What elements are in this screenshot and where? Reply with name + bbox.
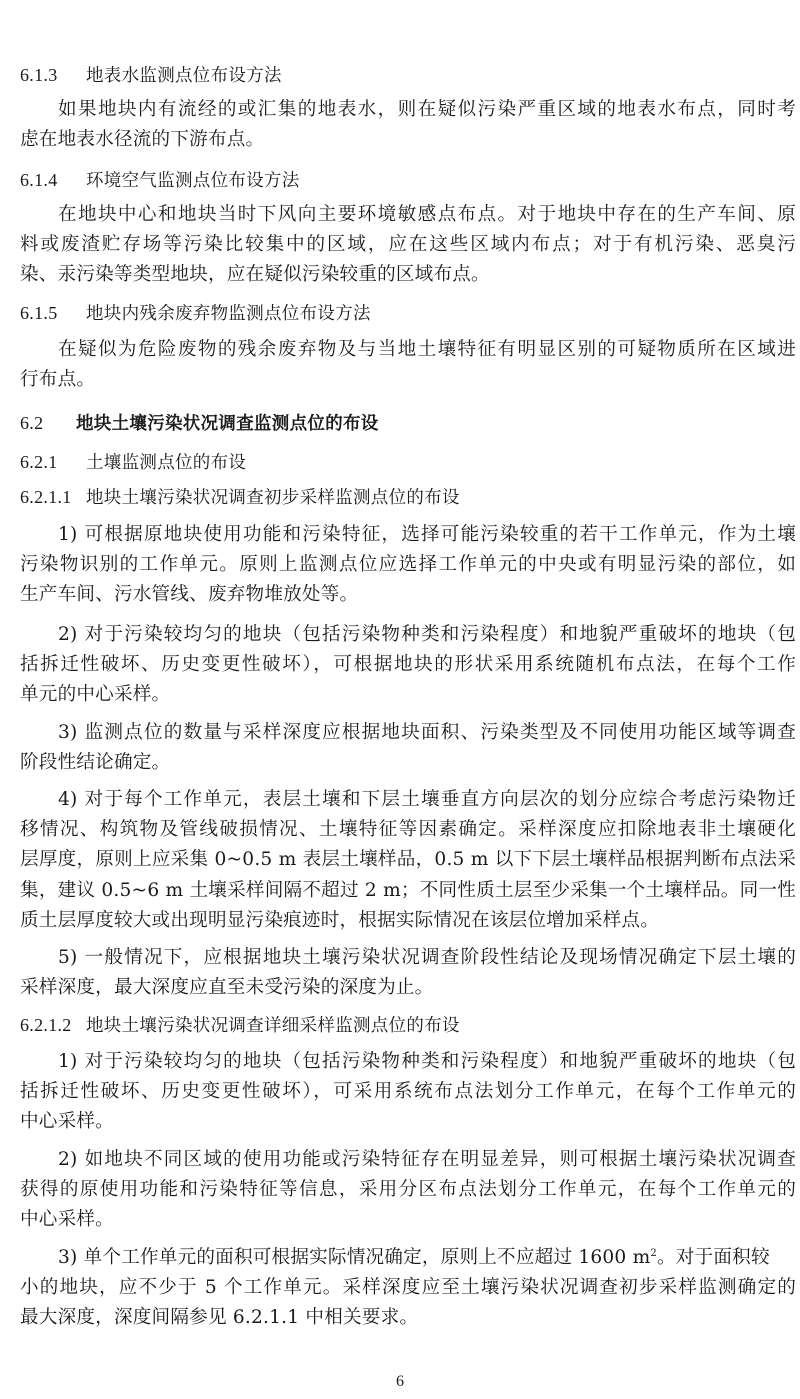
text-line: 4) 对于每个工作单元，表层土壤和下层土壤垂直方向层次的划分应综合考虑污染物迁: [20, 785, 796, 815]
text-line: 采样深度，最大深度应直至未受污染的深度为止。: [20, 973, 796, 1003]
section-number: 6.2.1.2: [20, 1010, 86, 1040]
text-line: 2) 如地块不同区域的使用功能或污染特征存在明显差异，则可根据土壤污染状况调查: [20, 1145, 796, 1175]
text-line: 获得的原使用功能和污染特征等信息，采用分区布点法划分工作单元，在每个工作单元的: [20, 1175, 796, 1205]
text-line: 5) 一般情况下，应根据地块土壤污染状况调查阶段性结论及现场情况确定下层土壤的: [20, 943, 796, 973]
heading-6-2: 6.2地块土壤污染状况调查监测点位的布设: [20, 408, 796, 439]
section-title: 地块土壤污染状况调查详细采样监测点位的布设: [86, 1016, 460, 1036]
item-6-2-1-1-5: 5) 一般情况下，应根据地块土壤污染状况调查阶段性结论及现场情况确定下层土壤的 …: [20, 943, 796, 1003]
text-line: 1) 对于污染较均匀的地块（包括污染物种类和污染程度）和地貌严重破坏的地块（包: [20, 1047, 796, 1077]
text-line: 层厚度，原则上应采集 0~0.5 m 表层土壤样品，0.5 m 以下下层土壤样品…: [20, 845, 796, 875]
heading-6-2-1: 6.2.1土壤监测点位的布设: [20, 447, 796, 478]
text-line: 括拆迁性破坏、历史变更性破坏），可根据地块的形状采用系统随机布点法，在每个工作: [20, 650, 796, 680]
text-line: 料或废渣贮存场等污染比较集中的区域，应在这些区域内布点；对于有机污染、恶臭污: [20, 230, 796, 260]
item-6-2-1-1-1: 1) 可根据原地块使用功能和污染特征，选择可能污染较重的若干工作单元，作为土壤 …: [20, 520, 796, 611]
section-title: 环境空气监测点位布设方法: [86, 171, 300, 191]
section-number: 6.1.5: [20, 298, 86, 328]
section-number: 6.2: [20, 408, 76, 438]
text-line: 虑在地表水径流的下游布点。: [20, 125, 796, 155]
page-number: 6: [0, 1373, 800, 1391]
text-line: 染、汞污染等类型地块，应在疑似污染较重的区域布点。: [20, 260, 796, 290]
heading-6-1-4: 6.1.4环境空气监测点位布设方法: [20, 165, 796, 196]
text-line: 单元的中心采样。: [20, 680, 796, 710]
section-title: 地块内残余废弃物监测点位布设方法: [86, 304, 371, 324]
text-line: 中心采样。: [20, 1205, 796, 1235]
text-line: 3) 监测点位的数量与采样深度应根据地块面积、污染类型及不同使用功能区域等调查: [20, 718, 796, 748]
text-line: 在地块中心和地块当时下风向主要环境敏感点布点。对于地块中存在的生产车间、原: [20, 200, 796, 230]
text-line: 生产车间、污水管线、废弃物堆放处等。: [20, 580, 796, 610]
text-line: 污染物识别的工作单元。原则上监测点位应选择工作单元的中央或有明显污染的部位，如: [20, 550, 796, 580]
text-line: 阶段性结论确定。: [20, 748, 796, 778]
text-line: 集，建议 0.5~6 m 土壤采样间隔不超过 2 m；不同性质土层至少采集一个土…: [20, 876, 796, 906]
document-page: 6.1.3地表水监测点位布设方法 如果地块内有流经的或汇集的地表水，则在疑似污染…: [0, 0, 800, 1399]
text-line: 2) 对于污染较均匀的地块（包括污染物种类和污染程度）和地貌严重破坏的地块（包: [20, 620, 796, 650]
heading-6-1-3: 6.1.3地表水监测点位布设方法: [20, 60, 796, 91]
paragraph-6-1-5: 在疑似为危险废物的残余废弃物及与当地土壤特征有明显区别的可疑物质所在区域进 行布…: [20, 335, 796, 395]
paragraph-6-1-4: 在地块中心和地块当时下风向主要环境敏感点布点。对于地块中存在的生产车间、原 料或…: [20, 200, 796, 291]
section-title: 地块土壤污染状况调查监测点位的布设: [76, 414, 379, 434]
text-line: 1) 可根据原地块使用功能和污染特征，选择可能污染较重的若干工作单元，作为土壤: [20, 520, 796, 550]
text-line: 括拆迁性破坏、历史变更性破坏），可采用系统布点法划分工作单元，在每个工作单元的: [20, 1077, 796, 1107]
text-segment: 。对于面积较: [657, 1247, 770, 1268]
item-6-2-1-2-3: 3) 单个工作单元的面积可根据实际情况确定，原则上不应超过 1600 m2。对于…: [20, 1243, 796, 1334]
text-line: 移情况、构筑物及管线破损情况、土壤特征等因素确定。采样深度应扣除地表非土壤硬化: [20, 815, 796, 845]
section-number: 6.2.1: [20, 447, 86, 477]
section-number: 6.1.3: [20, 60, 86, 90]
text-line: 行布点。: [20, 365, 796, 395]
section-number: 6.1.4: [20, 165, 86, 195]
heading-6-2-1-1: 6.2.1.1地块土壤污染状况调查初步采样监测点位的布设: [20, 482, 796, 513]
item-6-2-1-1-3: 3) 监测点位的数量与采样深度应根据地块面积、污染类型及不同使用功能区域等调查 …: [20, 718, 796, 778]
text-line: 3) 单个工作单元的面积可根据实际情况确定，原则上不应超过 1600 m2。对于…: [20, 1243, 796, 1273]
section-number: 6.2.1.1: [20, 482, 86, 512]
text-line: 小的地块，应不少于 5 个工作单元。采样深度应至土壤污染状况调查初步采样监测确定…: [20, 1273, 796, 1303]
text-segment: 3) 单个工作单元的面积可根据实际情况确定，原则上不应超过 1600 m: [58, 1247, 650, 1268]
text-line: 质土层厚度较大或出现明显污染痕迹时，根据实际情况在该层位增加采样点。: [20, 906, 796, 936]
section-title: 地表水监测点位布设方法: [86, 66, 282, 86]
heading-6-1-5: 6.1.5地块内残余废弃物监测点位布设方法: [20, 298, 796, 329]
section-title: 地块土壤污染状况调查初步采样监测点位的布设: [86, 488, 460, 508]
paragraph-6-1-3: 如果地块内有流经的或汇集的地表水，则在疑似污染严重区域的地表水布点，同时考 虑在…: [20, 95, 796, 155]
text-line: 中心采样。: [20, 1107, 796, 1137]
item-6-2-1-1-4: 4) 对于每个工作单元，表层土壤和下层土壤垂直方向层次的划分应综合考虑污染物迁 …: [20, 785, 796, 936]
text-line: 如果地块内有流经的或汇集的地表水，则在疑似污染严重区域的地表水布点，同时考: [20, 95, 796, 125]
item-6-2-1-2-1: 1) 对于污染较均匀的地块（包括污染物种类和污染程度）和地貌严重破坏的地块（包 …: [20, 1047, 796, 1138]
item-6-2-1-2-2: 2) 如地块不同区域的使用功能或污染特征存在明显差异，则可根据土壤污染状况调查 …: [20, 1145, 796, 1236]
section-title: 土壤监测点位的布设: [86, 453, 246, 473]
item-6-2-1-1-2: 2) 对于污染较均匀的地块（包括污染物种类和污染程度）和地貌严重破坏的地块（包 …: [20, 620, 796, 711]
heading-6-2-1-2: 6.2.1.2地块土壤污染状况调查详细采样监测点位的布设: [20, 1010, 796, 1041]
text-line: 最大深度，深度间隔参见 6.2.1.1 中相关要求。: [20, 1303, 796, 1333]
text-line: 在疑似为危险废物的残余废弃物及与当地土壤特征有明显区别的可疑物质所在区域进: [20, 335, 796, 365]
